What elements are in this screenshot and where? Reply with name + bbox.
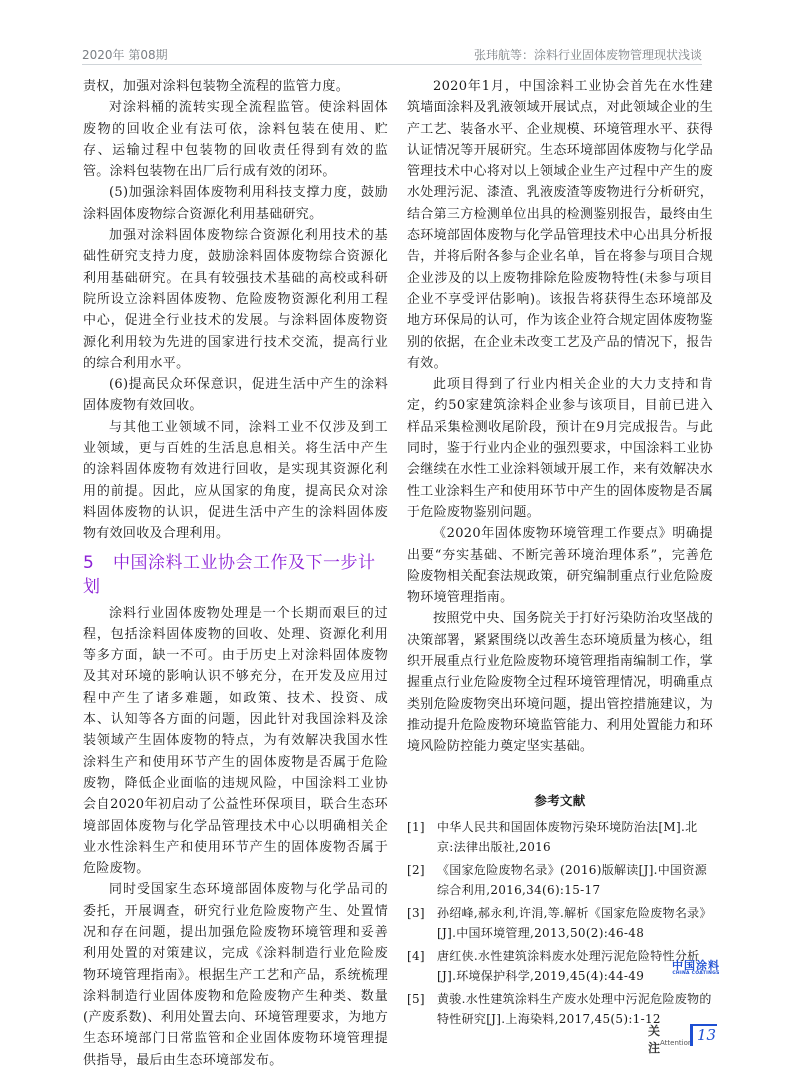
paragraph: 按照党中央、国务院关于打好污染防治攻坚战的决策部署，紧紧围绕以改善生态环境质量为… [407,608,713,757]
reference-item: [4] 唐红侠.水性建筑涂料废水处理污泥危险特性分析[J].环境保护科学,201… [407,946,713,987]
paragraph: (5)加强涂料固体废物利用科技支撑力度，鼓励涂料固体废物综合资源化利用基础研究。 [83,182,388,225]
reference-index: [3] [407,903,437,944]
issue-label: 2020年 第08期 [82,46,168,63]
paragraph: 同时受国家生态环境部固体废物与化学品司的委托，开展调查，研究行业危险废物产生、处… [83,879,388,1071]
logo-en-text: CHINA COATINGS [672,971,720,976]
paragraph: 加强对涂料固体废物综合资源化利用技术的基础性研究支持力度，鼓励涂料固体废物综合资… [83,225,388,374]
paragraph: 2020年1月，中国涂料工业协会首先在水性建筑墙面涂料及乳液领域开展试点，对此领… [407,76,713,374]
reference-index: [5] [407,989,437,1030]
section-title: 中国涂料工业协会工作及下一步计划 [83,553,376,597]
paragraph: 《2020年固体废物环境管理工作要点》明确提出要“夯实基础、不断完善环境治理体系… [407,523,713,608]
running-title: 张玮航等：涂料行业固体废物管理现状浅谈 [474,46,702,63]
right-column: 2020年1月，中国涂料工业协会首先在水性建筑墙面涂料及乳液领域开展试点，对此领… [407,76,713,1032]
page-number: 13 [697,1026,716,1044]
paragraph: 与其他工业领域不同，涂料工业不仅涉及到工业领域，更与百姓的生活息息相关。将生活中… [83,417,388,545]
section-heading: 5中国涂料工业协会工作及下一步计划 [83,551,388,599]
reference-text: 《国家危险废物名录》(2016)版解读[J].中国资源综合利用,2016,34(… [437,860,713,901]
paragraph: 涂料行业固体废物处理是一个长期而艰巨的过程，包括涂料固体废物的回收、处理、资源化… [83,603,388,880]
paragraph: 此项目得到了行业内相关企业的大力支持和肯定，约50家建筑涂料企业参与该项目，目前… [407,374,713,523]
reference-index: [4] [407,946,437,987]
reference-index: [2] [407,860,437,901]
reference-item: [1] 中华人民共和国固体废物污染环境防治法[M].北京:法律出版社,2016 [407,817,713,858]
section-number: 5 [83,551,113,575]
china-coatings-logo: 中国涂料 CHINA COATINGS [672,957,720,976]
section-label-en: Attention [660,1039,692,1047]
reference-index: [1] [407,817,437,858]
reference-item: [2] 《国家危险废物名录》(2016)版解读[J].中国资源综合利用,2016… [407,860,713,901]
paragraph: 责权，加强对涂料包装物全流程的监管力度。 [83,76,388,97]
running-header: 2020年 第08期 张玮航等：涂料行业固体废物管理现状浅谈 [82,40,702,65]
left-column: 责权，加强对涂料包装物全流程的监管力度。 对涂料桶的流转实现全流程监管。使涂料固… [83,76,388,1071]
references-heading: 参考文献 [407,790,713,811]
paragraph: (6)提高民众环保意识，促进生活中产生的涂料固体废物有效回收。 [83,374,388,417]
reference-item: [3] 孙绍峰,郝永利,许涓,等.解析《国家危险废物名录》[J].中国环境管理,… [407,903,713,944]
paragraph: 对涂料桶的流转实现全流程监管。使涂料固体废物的回收企业有法可依，涂料包装在使用、… [83,97,388,182]
reference-text: 孙绍峰,郝永利,许涓,等.解析《国家危险废物名录》[J].中国环境管理,2013… [437,903,713,944]
reference-text: 中华人民共和国固体废物污染环境防治法[M].北京:法律出版社,2016 [437,817,713,858]
